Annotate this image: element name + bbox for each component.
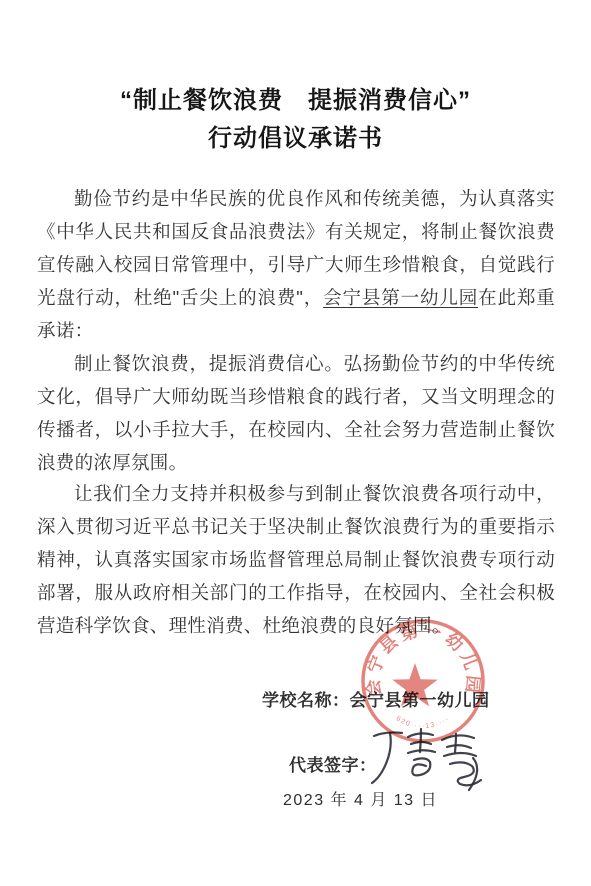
school-name-label: 学校名称： — [262, 691, 350, 710]
seal-code: 620····13···· — [395, 715, 452, 730]
paragraph-2: 制止餐饮浪费，提振消费信心。弘扬勤俭节约的中华传统文化，倡导广大师幼既当珍惜粮食… — [37, 347, 555, 479]
sign-label: 代表签字： — [289, 756, 377, 775]
school-name-line: 学校名称：会宁县第一幼儿园 — [262, 686, 490, 711]
document-page: “制止餐饮浪费 提振消费信心” 行动倡议承诺书 勤俭节约是中华民族的优良作风和传… — [0, 0, 591, 886]
representative-signature-handwriting — [370, 722, 488, 796]
document-title: “制止餐饮浪费 提振消费信心” 行动倡议承诺书 — [0, 82, 591, 158]
school-name-value: 会宁县第一幼儿园 — [350, 691, 490, 710]
school-name-underlined: 会宁县第一幼儿园 — [323, 287, 478, 308]
title-line-1: “制止餐饮浪费 提振消费信心” — [0, 82, 591, 120]
svg-text:620····13····: 620····13···· — [395, 715, 452, 730]
title-line-2: 行动倡议承诺书 — [0, 120, 591, 158]
paragraph-3: 让我们全力支持并积极参与到制止餐饮浪费各项行动中，深入贯彻习近平总书记关于坚决制… — [37, 477, 555, 642]
representative-sign-line: 代表签字： — [289, 751, 377, 776]
date-line: 2023 年 4 月 13 日 — [283, 787, 438, 810]
paragraph-1: 勤俭节约是中华民族的优良作风和传统美德，为认真落实《中华人民共和国反食品浪费法》… — [37, 182, 555, 347]
